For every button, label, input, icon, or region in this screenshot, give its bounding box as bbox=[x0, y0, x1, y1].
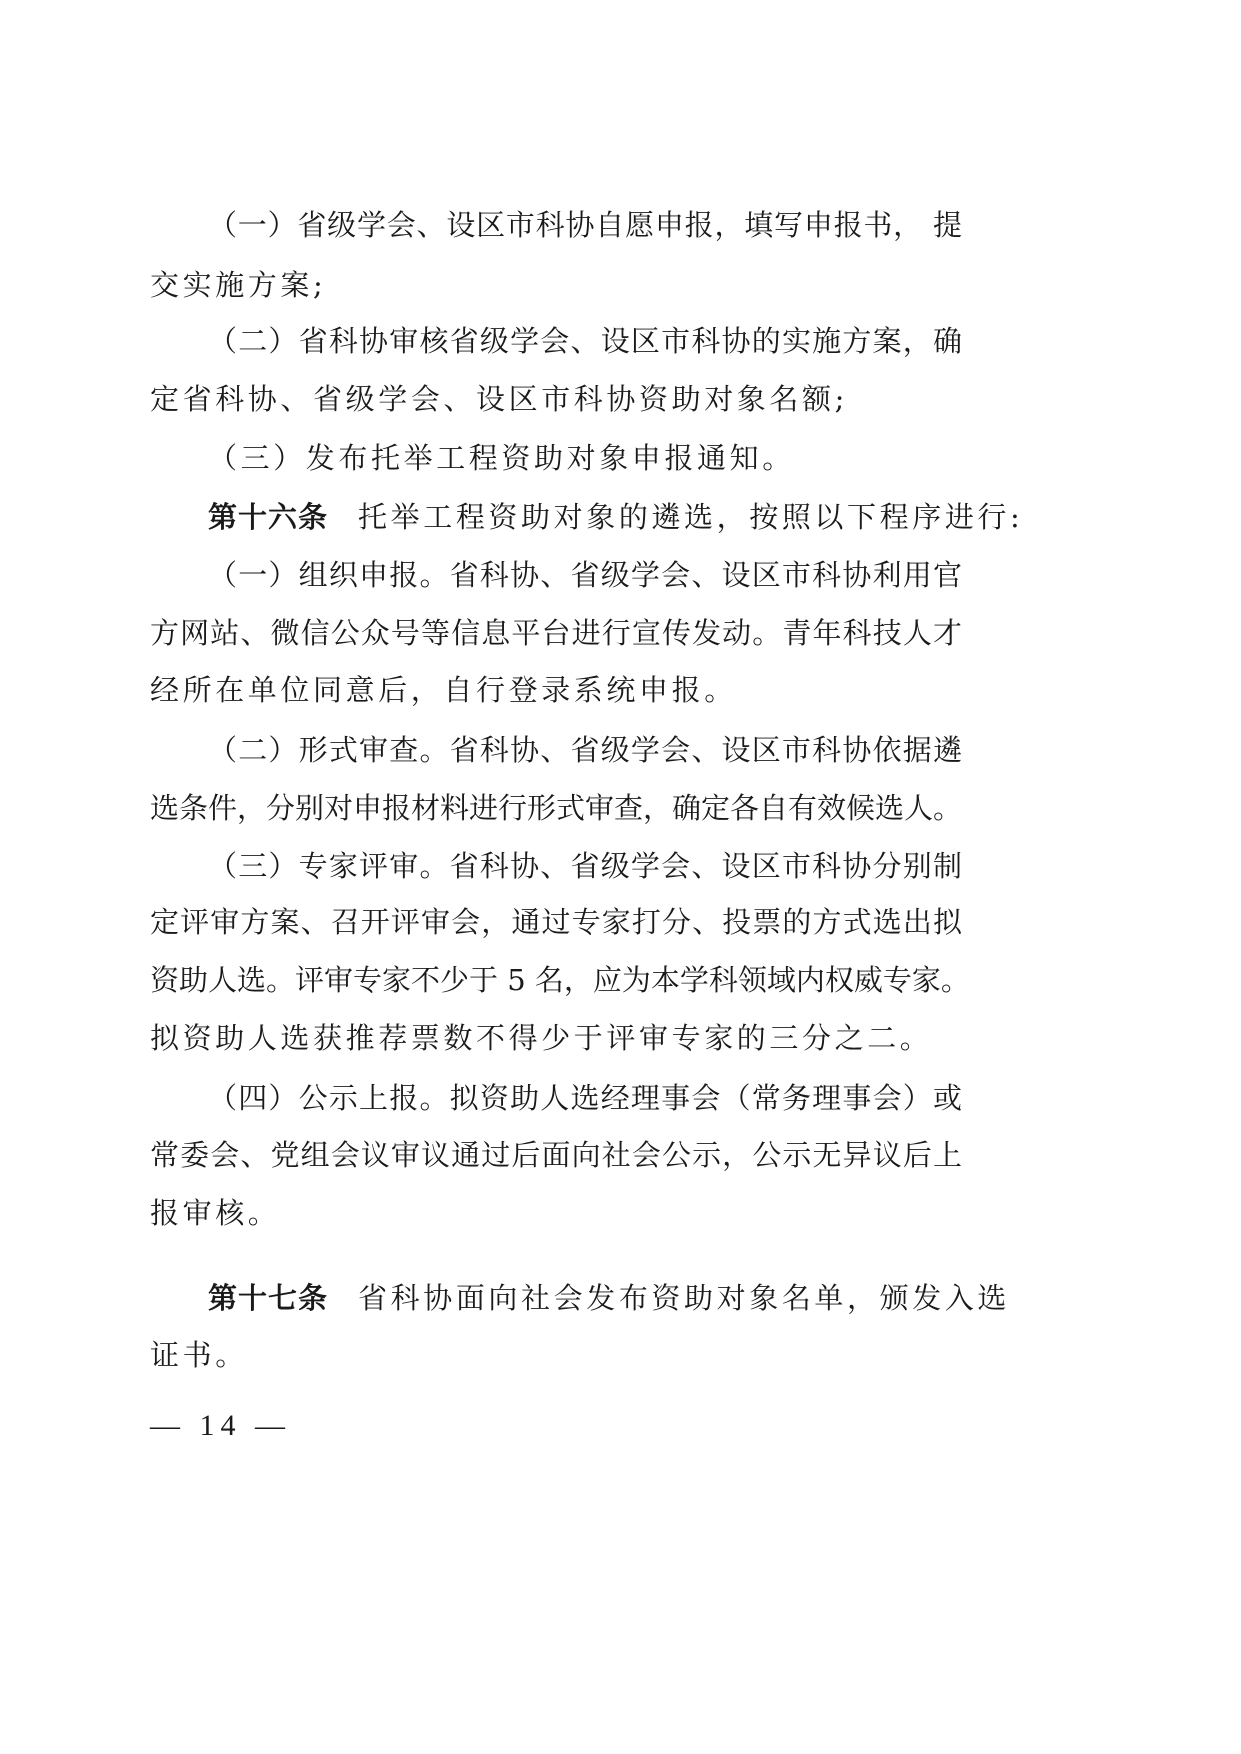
paragraph-line: （一）省级学会、设区市科协自愿申报，填写申报书， 提 bbox=[208, 205, 962, 245]
page-number: — 14 — bbox=[150, 1406, 291, 1446]
article-intro: 省科协面向社会发布资助对象名单，颁发入选 bbox=[358, 1281, 1010, 1315]
paragraph-line: 证书。 bbox=[150, 1335, 962, 1375]
paragraph-line: 经所在单位同意后，自行登录系统申报。 bbox=[150, 670, 962, 710]
paragraph-line: 定省科协、省级学会、设区市科协资助对象名额; bbox=[150, 379, 962, 419]
paragraph-line: 交实施方案; bbox=[150, 265, 962, 305]
paragraph-line: 选条件，分别对申报材料进行形式审查，确定各自有效候选人。 bbox=[150, 788, 962, 828]
article-16-line: 第十六条托举工程资助对象的遴选，按照以下程序进行: bbox=[208, 497, 962, 537]
paragraph-line: （三）专家评审。省科协、省级学会、设区市科协分别制 bbox=[208, 846, 962, 886]
paragraph-line: 方网站、微信公众号等信息平台进行宣传发动。青年科技人才 bbox=[150, 613, 962, 653]
paragraph-line: （三）发布托举工程资助对象申报通知。 bbox=[208, 438, 962, 478]
paragraph-line: 资助人选。评审专家不少于 5 名，应为本学科领域内权威专家。 bbox=[150, 960, 962, 1000]
article-17-line: 第十七条省科协面向社会发布资助对象名单，颁发入选 bbox=[208, 1278, 962, 1318]
article-intro: 托举工程资助对象的遴选，按照以下程序进行: bbox=[358, 500, 1023, 534]
article-heading: 第十六条 bbox=[208, 500, 328, 534]
paragraph-line: （四）公示上报。拟资助人选经理事会（常务理事会）或 bbox=[208, 1078, 962, 1118]
article-heading: 第十七条 bbox=[208, 1281, 328, 1315]
paragraph-line: 报审核。 bbox=[150, 1193, 962, 1233]
paragraph-line: （二）省科协审核省级学会、设区市科协的实施方案，确 bbox=[208, 321, 962, 361]
paragraph-line: 常委会、党组会议审议通过后面向社会公示，公示无异议后上 bbox=[150, 1135, 962, 1175]
paragraph-line: （一）组织申报。省科协、省级学会、设区市科协利用官 bbox=[208, 555, 962, 595]
paragraph-line: 拟资助人选获推荐票数不得少于评审专家的三分之二。 bbox=[150, 1018, 962, 1058]
paragraph-line: 定评审方案、召开评审会，通过专家打分、投票的方式选出拟 bbox=[150, 902, 962, 942]
paragraph-line: （二）形式审查。省科协、省级学会、设区市科协依据遴 bbox=[208, 730, 962, 770]
